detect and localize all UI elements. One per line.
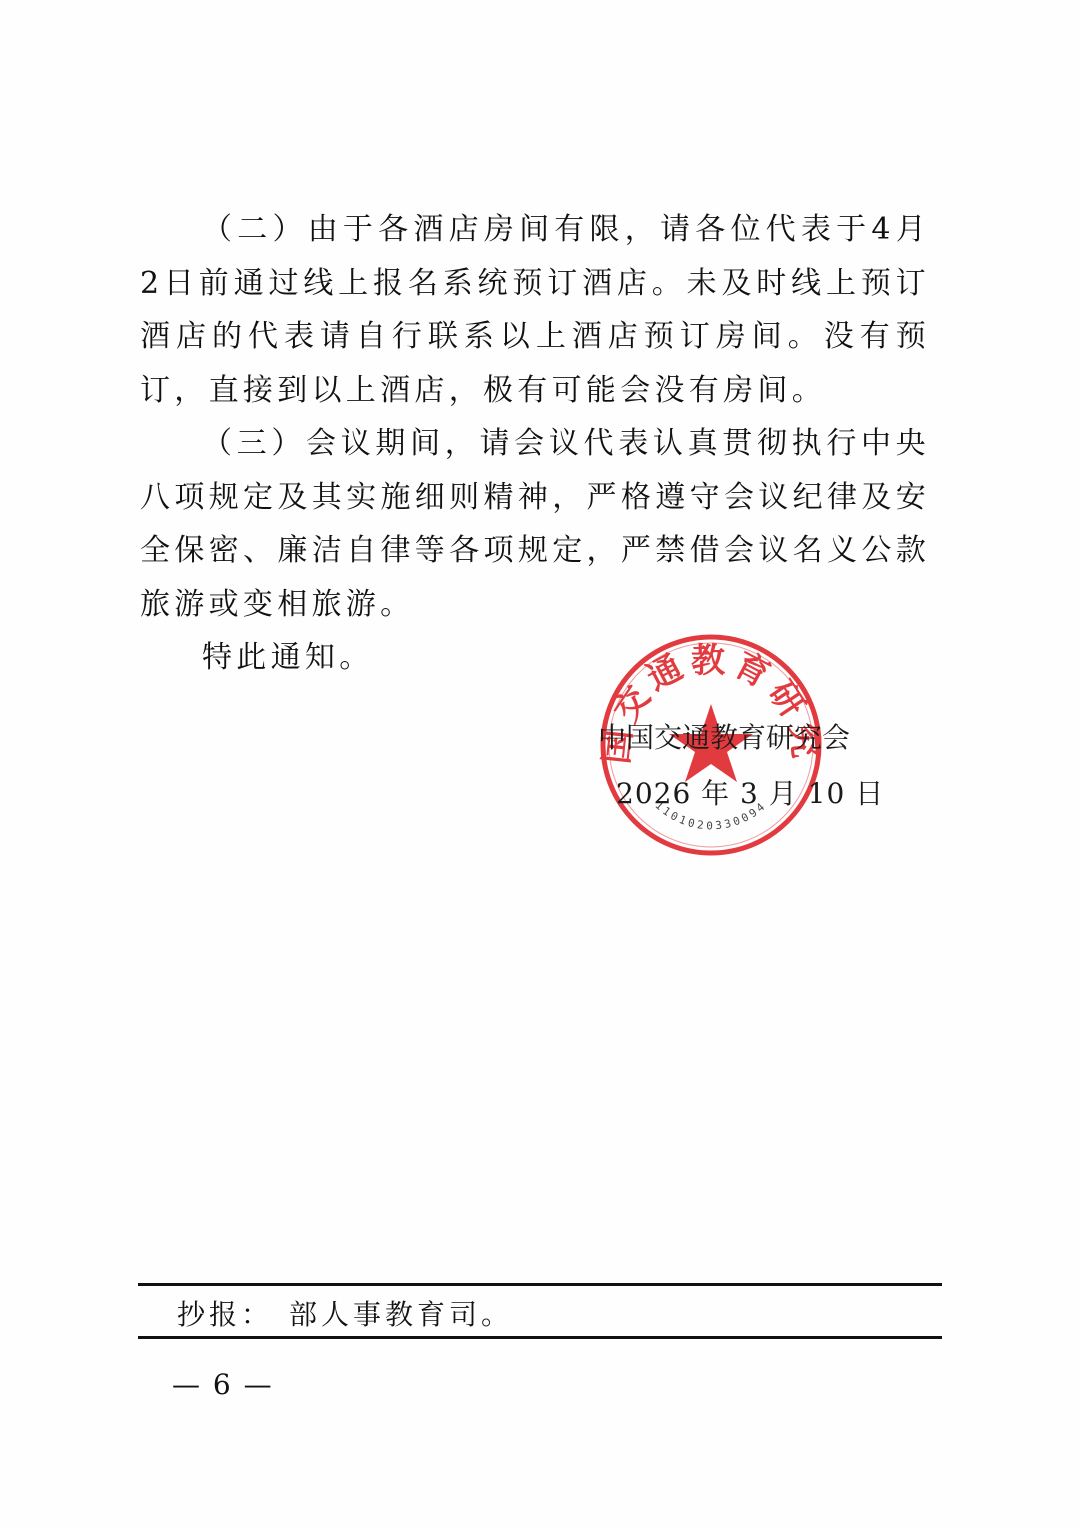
cc-divider-top [138,1283,942,1286]
issuing-organization: 中国交通教育研究会 [598,710,858,766]
page-number: — 6 — [172,1368,274,1401]
issue-date: 2026 年 3 月 10 日 [598,766,858,822]
cc-divider-bottom [138,1336,942,1339]
signature-block: 中国交通教育研究会 2026 年 3 月 10 日 [598,710,858,822]
paragraph-hotel-booking: （二）由于各酒店房间有限，请各位代表于4月2日前通过线上报名系统预订酒店。未及时… [140,203,930,417]
document-page: （二）由于各酒店房间有限，请各位代表于4月2日前通过线上报名系统预订酒店。未及时… [0,0,1080,1527]
cc-line: 抄报：部人事教育司。 [177,1293,513,1333]
paragraph-meeting-discipline: （三）会议期间，请会议代表认真贯彻执行中央八项规定及其实施细则精神，严格遵守会议… [140,417,930,631]
cc-recipients: 部人事教育司。 [289,1298,513,1331]
cc-label: 抄报： [177,1298,273,1331]
document-body: （二）由于各酒店房间有限，请各位代表于4月2日前通过线上报名系统预订酒店。未及时… [140,203,930,685]
